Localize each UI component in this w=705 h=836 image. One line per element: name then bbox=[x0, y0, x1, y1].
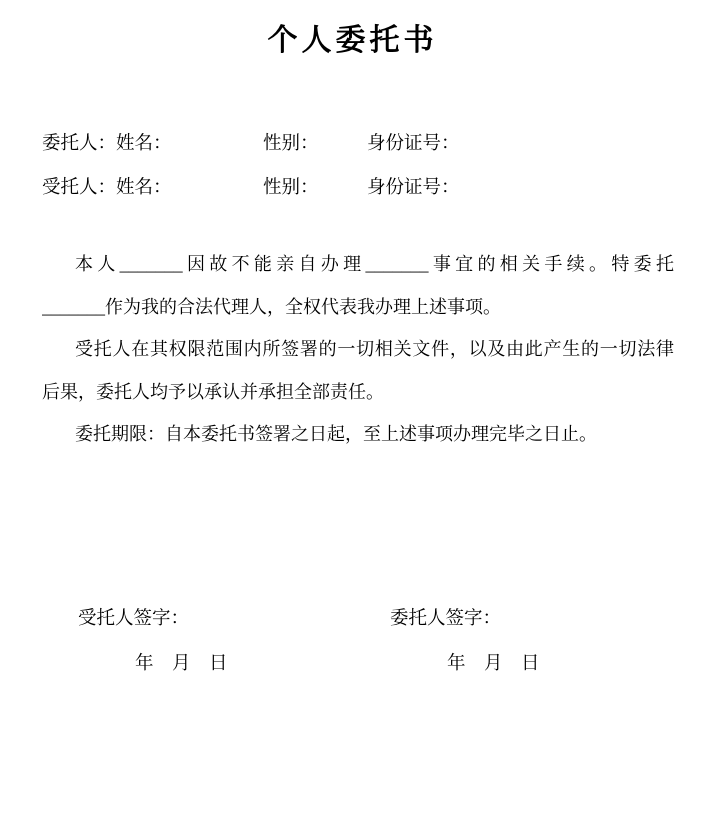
page-title: 个人委托书 bbox=[0, 23, 705, 59]
body-line: 本人_______因故不能亲自办理_______事宜的相关手续。特委托 bbox=[42, 243, 674, 286]
party-row-principal: 委托人：姓名： 性别： 身份证号： bbox=[42, 131, 682, 157]
party-row-agent: 受托人：姓名： 性别： 身份证号： bbox=[42, 175, 682, 201]
body-line: _______作为我的合法代理人，全权代表我办理上述事项。 bbox=[42, 286, 674, 329]
body-line: 受托人在其权限范围内所签署的一切相关文件，以及由此产生的一切法律 bbox=[42, 328, 674, 371]
agent-date-line: 年 月 日 bbox=[135, 651, 228, 677]
agent-signature-label: 受托人签字： bbox=[78, 606, 189, 632]
principal-name-label: 委托人：姓名： bbox=[42, 131, 172, 157]
body-text: 本人_______因故不能亲自办理_______事宜的相关手续。特委托 ____… bbox=[42, 243, 674, 456]
authorization-letter-page: 个人委托书 委托人：姓名： 性别： 身份证号： 受托人：姓名： 性别： 身份证号… bbox=[0, 0, 705, 836]
body-line: 后果，委托人均予以承认并承担全部责任。 bbox=[42, 371, 674, 414]
agent-name-label: 受托人：姓名： bbox=[42, 175, 172, 201]
agent-id-label: 身份证号： bbox=[367, 175, 460, 201]
principal-signature-label: 委托人签字： bbox=[390, 606, 501, 632]
principal-id-label: 身份证号： bbox=[367, 131, 460, 157]
principal-gender-label: 性别： bbox=[263, 131, 319, 157]
body-line: 委托期限：自本委托书签署之日起，至上述事项办理完毕之日止。 bbox=[42, 413, 674, 456]
principal-date-line: 年 月 日 bbox=[447, 651, 540, 677]
agent-gender-label: 性别： bbox=[263, 175, 319, 201]
